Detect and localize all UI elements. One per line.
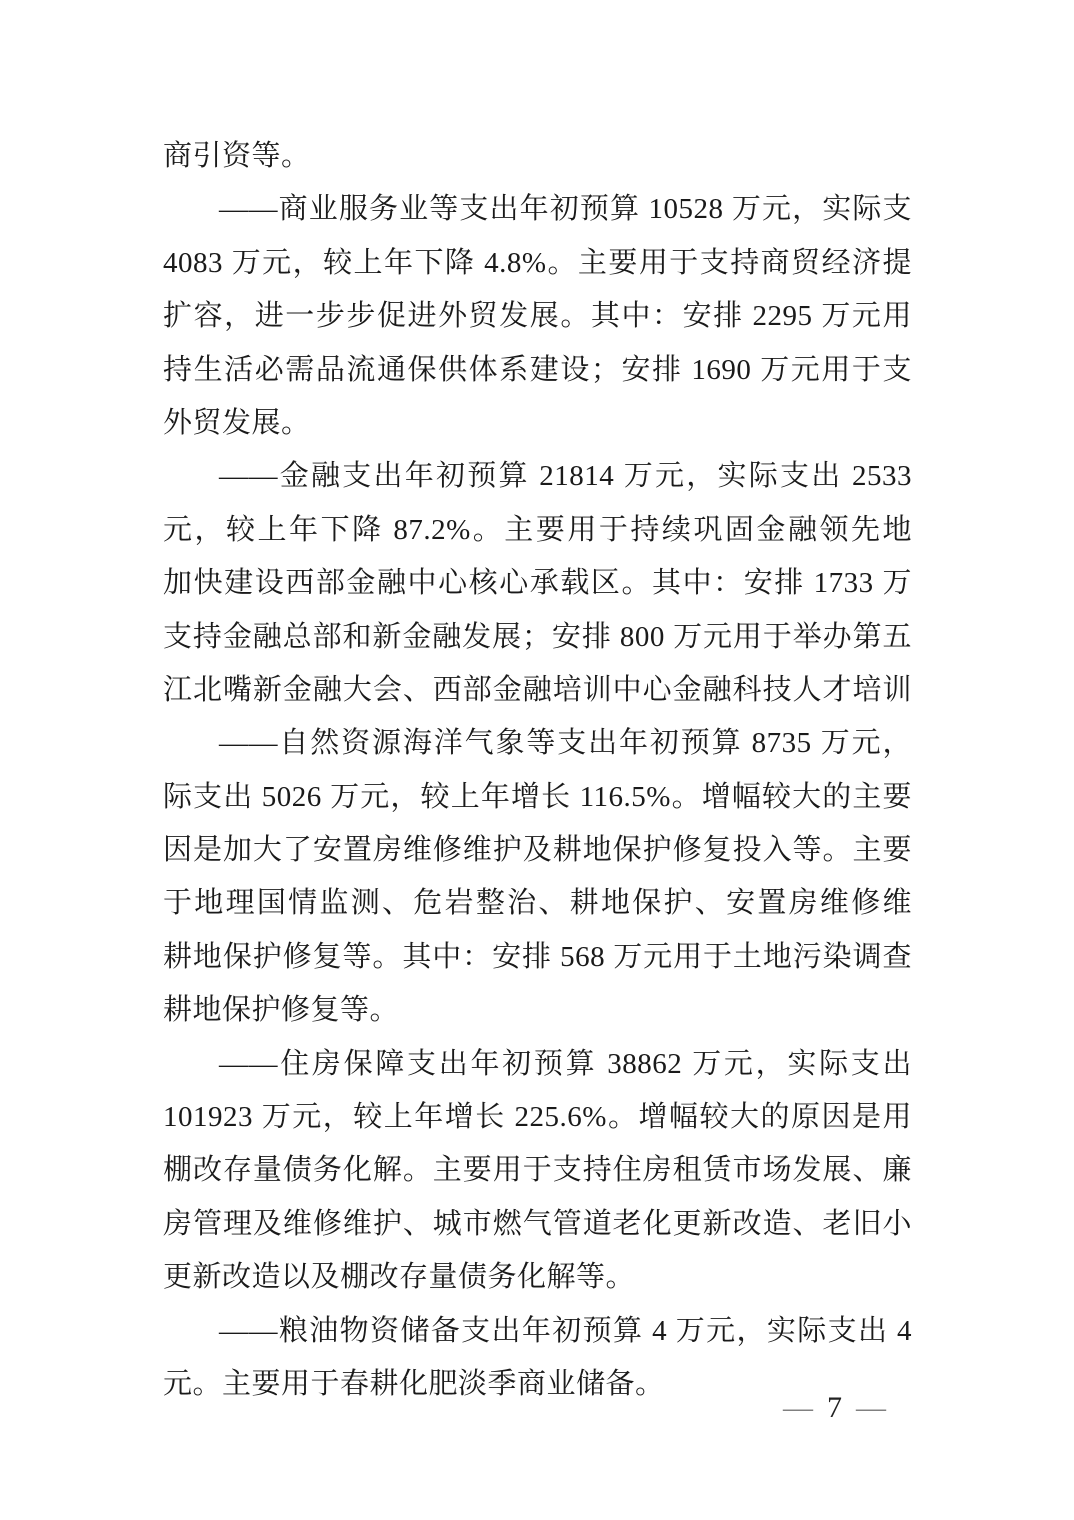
- footer-left-dash: —: [783, 1391, 813, 1424]
- text-line: 更新改造以及棚改存量债务化解等。: [163, 1251, 912, 1304]
- text-line: 扩容，进一步步促进外贸发展。其中：安排 2295 万元用于支: [163, 290, 912, 343]
- paragraph-continuation: 商引资等。: [163, 130, 912, 183]
- text-line: 加快建设西部金融中心核心承载区。其中：安排 1733 万元: [163, 557, 912, 610]
- paragraph-finance-expenditure: ——金融支出年初预算 21814 万元，实际支出 2533 万 元，较上年下降 …: [163, 450, 912, 717]
- text-line: 际支出 5026 万元，较上年增长 116.5%。增幅较大的主要原: [163, 771, 912, 824]
- text-line: 房管理及维修维护、城市燃气管道老化更新改造、老旧小区: [163, 1198, 912, 1251]
- document-body: 商引资等。 ——商业服务业等支出年初预算 10528 万元，实际支出 4083 …: [163, 130, 912, 1411]
- text-line: ——粮油物资储备支出年初预算 4 万元，实际支出 4 万: [163, 1305, 912, 1358]
- text-line: 商引资等。: [163, 130, 912, 183]
- document-page: 商引资等。 ——商业服务业等支出年初预算 10528 万元，实际支出 4083 …: [0, 0, 1074, 1520]
- text-line: ——住房保障支出年初预算 38862 万元，实际支出: [163, 1038, 912, 1091]
- text-line: 耕地保护修复等。: [163, 984, 912, 1037]
- paragraph-housing-security-expenditure: ——住房保障支出年初预算 38862 万元，实际支出 101923 万元，较上年…: [163, 1038, 912, 1305]
- text-line: 于地理国情监测、危岩整治、耕地保护、安置房维修维护、: [163, 877, 912, 930]
- text-line: 持生活必需品流通保供体系建设；安排 1690 万元用于支持: [163, 344, 912, 397]
- text-line: 4083 万元，较上年下降 4.8%。主要用于支持商贸经济提质: [163, 237, 912, 290]
- text-line: ——商业服务业等支出年初预算 10528 万元，实际支出: [163, 183, 912, 236]
- text-line: ——金融支出年初预算 21814 万元，实际支出 2533 万: [163, 450, 912, 503]
- text-line: 因是加大了安置房维修维护及耕地保护修复投入等。主要用: [163, 824, 912, 877]
- page-number: 7: [827, 1391, 842, 1424]
- text-line: 江北嘴新金融大会、西部金融培训中心金融科技人才培训等。: [163, 664, 912, 717]
- paragraph-commerce-services-expenditure: ——商业服务业等支出年初预算 10528 万元，实际支出 4083 万元，较上年…: [163, 183, 912, 450]
- text-line: 棚改存量债务化解。主要用于支持住房租赁市场发展、廉租: [163, 1144, 912, 1197]
- page-number-footer: —7—: [163, 1388, 912, 1428]
- text-line: 支持金融总部和新金融发展；安排 800 万元用于举办第五届: [163, 611, 912, 664]
- text-line: 101923 万元，较上年增长 225.6%。增幅较大的原因是用于: [163, 1091, 912, 1144]
- text-line: ——自然资源海洋气象等支出年初预算 8735 万元，实: [163, 717, 912, 770]
- footer-right-dash: —: [856, 1391, 886, 1424]
- text-line: 耕地保护修复等。其中：安排 568 万元用于土地污染调查及: [163, 931, 912, 984]
- text-line: 外贸发展。: [163, 397, 912, 450]
- paragraph-natural-resources-expenditure: ——自然资源海洋气象等支出年初预算 8735 万元，实 际支出 5026 万元，…: [163, 717, 912, 1037]
- text-line: 元，较上年下降 87.2%。主要用于持续巩固金融领先地位，: [163, 504, 912, 557]
